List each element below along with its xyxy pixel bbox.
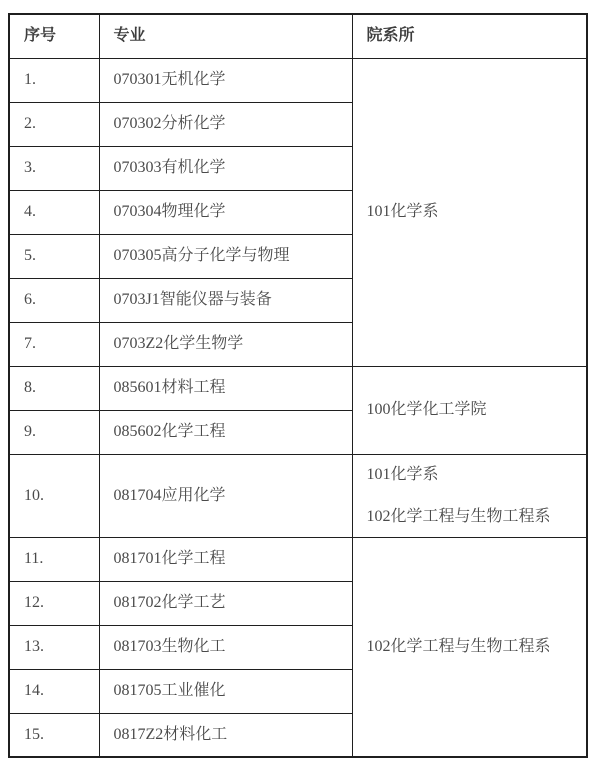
dept-name: 101化学系 <box>367 202 583 222</box>
major-cell: 081702化学工艺 <box>99 581 352 625</box>
table-row: 8. 085601材料工程 100化学化工学院 <box>9 366 587 410</box>
table-row: 11. 081701化学工程 102化学工程与生物工程系 <box>9 537 587 581</box>
major-cell: 070304物理化学 <box>99 190 352 234</box>
row-number-cell: 9. <box>9 410 99 454</box>
row-number-cell: 15. <box>9 713 99 757</box>
major-cell: 081705工业催化 <box>99 669 352 713</box>
major-cell: 085602化学工程 <box>99 410 352 454</box>
row-number-cell: 8. <box>9 366 99 410</box>
row-number-cell: 3. <box>9 146 99 190</box>
dept-cell: 102化学工程与生物工程系 <box>352 537 587 757</box>
major-cell: 081704应用化学 <box>99 454 352 537</box>
table-row: 1. 070301无机化学 101化学系 <box>9 58 587 102</box>
major-cell: 0817Z2材料化工 <box>99 713 352 757</box>
major-cell: 070301无机化学 <box>99 58 352 102</box>
row-number-cell: 13. <box>9 625 99 669</box>
dept-cell: 101化学系 <box>352 58 587 366</box>
dept-cell: 101化学系 102化学工程与生物工程系 <box>352 454 587 537</box>
dept-name: 102化学工程与生物工程系 <box>367 507 583 527</box>
header-major: 专业 <box>99 14 352 58</box>
dept-name: 101化学系 <box>367 465 583 485</box>
major-cell: 070305高分子化学与物理 <box>99 234 352 278</box>
major-cell: 081703生物化工 <box>99 625 352 669</box>
row-number-cell: 12. <box>9 581 99 625</box>
row-number-cell: 4. <box>9 190 99 234</box>
table-row: 10. 081704应用化学 101化学系 102化学工程与生物工程系 <box>9 454 587 537</box>
dept-cell: 100化学化工学院 <box>352 366 587 454</box>
major-cell: 070302分析化学 <box>99 102 352 146</box>
dept-name: 102化学工程与生物工程系 <box>367 637 583 657</box>
major-cell: 0703J1智能仪器与装备 <box>99 278 352 322</box>
dept-name: 100化学化工学院 <box>367 400 583 420</box>
major-cell: 0703Z2化学生物学 <box>99 322 352 366</box>
row-number-cell: 10. <box>9 454 99 537</box>
row-number-cell: 1. <box>9 58 99 102</box>
row-number-cell: 11. <box>9 537 99 581</box>
major-cell: 081701化学工程 <box>99 537 352 581</box>
row-number-cell: 7. <box>9 322 99 366</box>
row-number-cell: 5. <box>9 234 99 278</box>
major-cell: 085601材料工程 <box>99 366 352 410</box>
row-number-cell: 6. <box>9 278 99 322</box>
header-no: 序号 <box>9 14 99 58</box>
majors-table: 序号 专业 院系所 1. 070301无机化学 101化学系 2. 070302… <box>8 13 588 758</box>
major-cell: 070303有机化学 <box>99 146 352 190</box>
row-number-cell: 14. <box>9 669 99 713</box>
header-dept: 院系所 <box>352 14 587 58</box>
header-row: 序号 专业 院系所 <box>9 14 587 58</box>
row-number-cell: 2. <box>9 102 99 146</box>
